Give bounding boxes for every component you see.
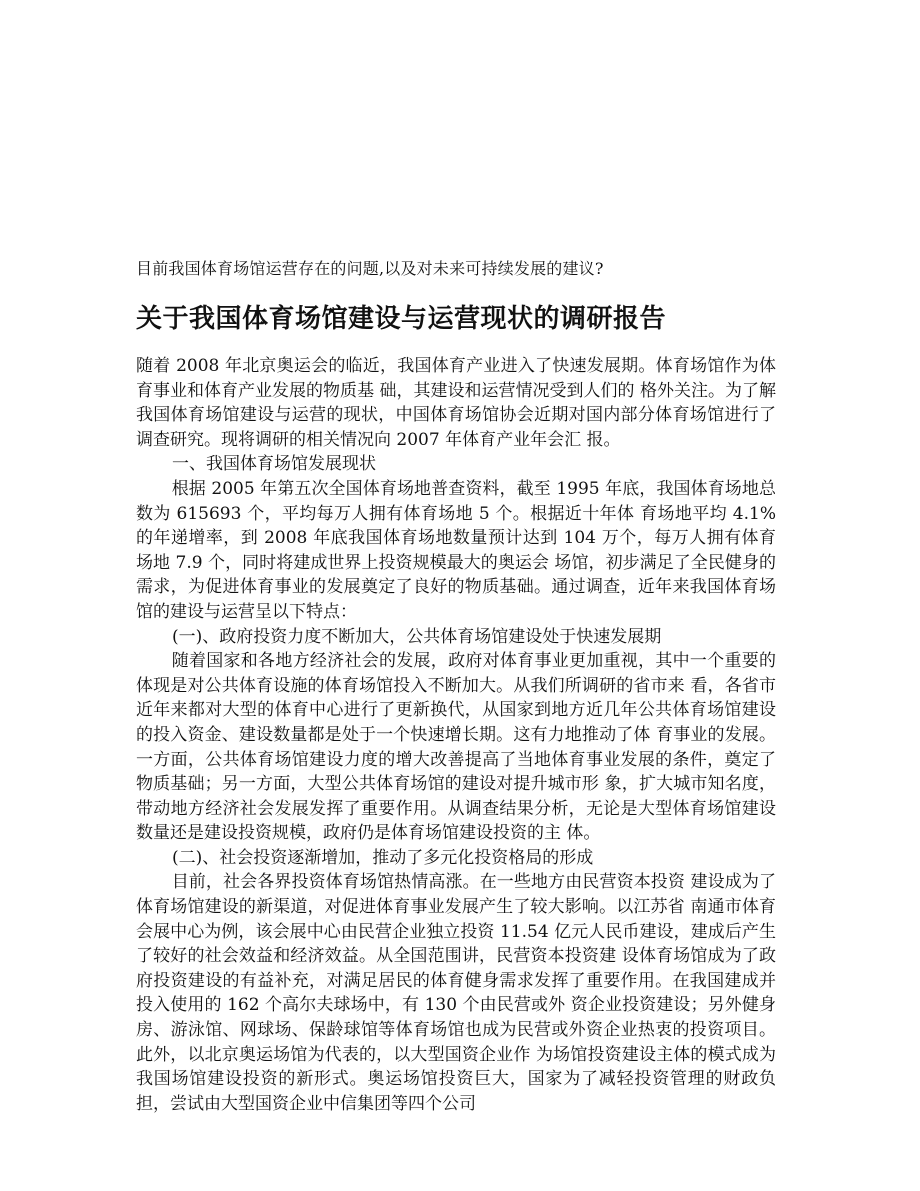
body-paragraph: 目前，社会各界投资体育场馆热情高涨。在一些地方由民营资本投资 建设成为了体育场馆… xyxy=(136,870,776,1116)
report-title: 关于我国体育场馆建设与运营现状的调研报告 xyxy=(136,302,776,336)
section-heading-1: 一、我国体育场馆发展现状 xyxy=(136,452,776,477)
subsection-heading-1: (一)、政府投资力度不断加大，公共体育场馆建设处于快速发展期 xyxy=(136,625,776,650)
report-body: 随着 2008 年北京奥运会的临近，我国体育产业进入了快速发展期。体育场馆作为体… xyxy=(136,354,776,1116)
body-paragraph: 根据 2005 年第五次全国体育场地普查资料，截至 1995 年底，我国体育场地… xyxy=(136,477,776,625)
question-line: 目前我国体育场馆运营存在的问题,以及对未来可持续发展的建议? xyxy=(136,256,776,282)
body-paragraph: 随着国家和各地方经济社会的发展，政府对体育事业更加重视，其中一个重要的体现是对公… xyxy=(136,649,776,846)
subsection-heading-2: (二)、社会投资逐渐增加，推动了多元化投资格局的形成 xyxy=(136,846,776,871)
document-page: 目前我国体育场馆运营存在的问题,以及对未来可持续发展的建议? 关于我国体育场馆建… xyxy=(136,256,776,1116)
intro-paragraph: 随着 2008 年北京奥运会的临近，我国体育产业进入了快速发展期。体育场馆作为体… xyxy=(136,354,776,452)
